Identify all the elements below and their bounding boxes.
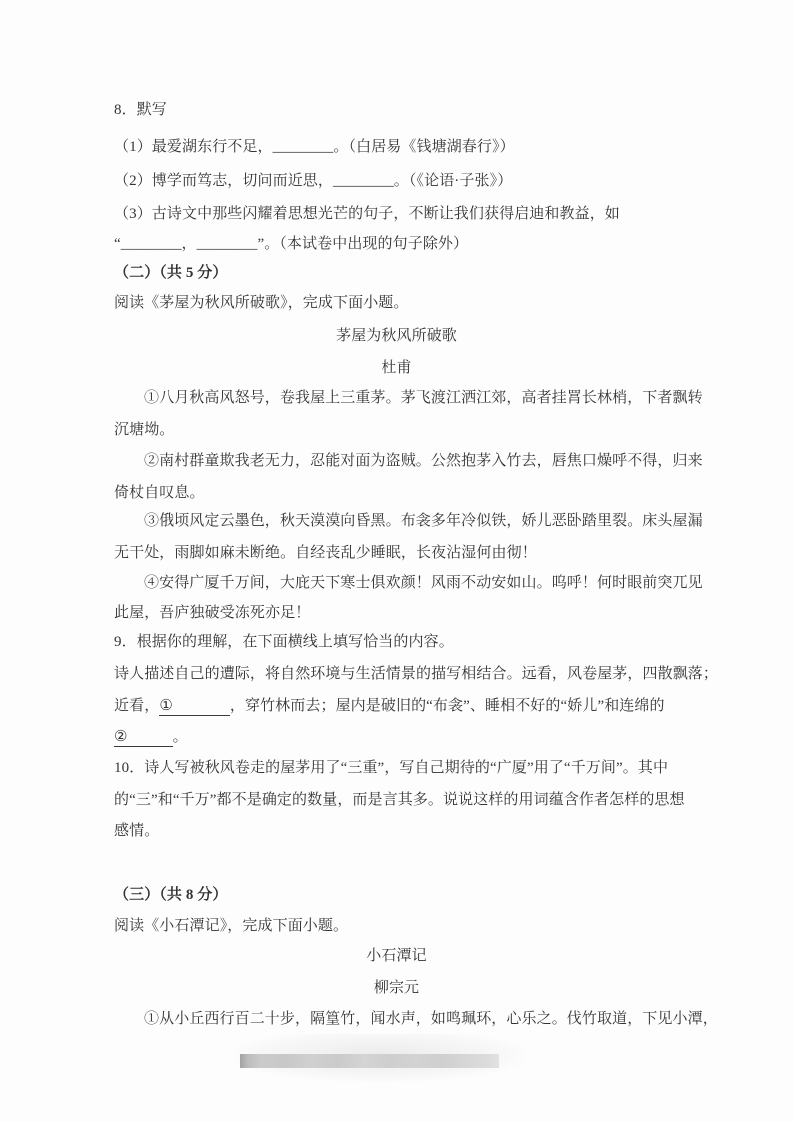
- poem-line: ①八月秋高风怒号，卷我屋上三重茅。茅飞渡江洒江郊，高者挂罥长林梢，下者飘转: [144, 389, 703, 408]
- poem-line: ③俄顷风定云墨色，秋天漠漠向昏黑。布衾多年冷似铁，娇儿恶卧踏里裂。床头屋漏: [144, 512, 703, 531]
- q10-line: 感情。: [114, 822, 159, 841]
- poem-title: 茅屋为秋风所破歌: [0, 327, 793, 346]
- exam-paper-page: 8．默写 （1）最爱湖东行不足，________。（白居易《钱塘湖春行》） （2…: [0, 0, 793, 1122]
- watermark-bar: [240, 1054, 499, 1068]
- q8-item-1: （1）最爱湖东行不足，________。（白居易《钱塘湖春行》）: [114, 138, 515, 157]
- q9-body-line-2: 近看，①，穿竹林而去；屋内是破旧的“布衾”、睡相不好的“娇儿”和连绵的: [114, 697, 665, 716]
- q9-heading: 9．根据你的理解，在下面横线上填写恰当的内容。: [114, 633, 454, 652]
- essay-title: 小石潭记: [0, 947, 793, 966]
- section-three-heading: （三）（共 8 分）: [114, 886, 228, 905]
- poem-line: 无干处，雨脚如麻未断绝。自经丧乱少睡眠，长夜沾湿何由彻！: [114, 544, 537, 563]
- essay-line: ①从小丘西行百二十步，隔篁竹，闻水声，如鸣珮环，心乐之。伐竹取道，下见小潭，: [144, 1010, 718, 1029]
- poem-line: 沉塘坳。: [114, 421, 174, 440]
- q8-item-3: （3）古诗文中那些闪耀着思想光芒的句子，不断让我们获得启迪和教益，如: [114, 205, 620, 224]
- q9-body-line-3: ②。: [114, 728, 188, 747]
- poem-line: ④安得广厦千万间，大庇天下寒士俱欢颜！风雨不动安如山。呜呼！何时眼前突兀见: [144, 574, 703, 593]
- q9-fill-blank-2: ②: [114, 730, 173, 747]
- q9-line2-text-after: ，穿竹林而去；屋内是破旧的“布衾”、睡相不好的“娇儿”和连绵的: [230, 698, 665, 714]
- q10-line: 的“三”和“千万”都不是确定的数量，而是言其多。说说这样的用词蕴含作者怎样的思想: [114, 791, 685, 810]
- q9-body-line-1: 诗人描述自己的遭际，将自然环境与生活情景的描写相结合。远看，风卷屋茅，四散飘落；: [114, 665, 718, 684]
- q8-heading: 8．默写: [114, 101, 167, 120]
- poem-line: ②南村群童欺我老无力，忍能对面为盗贼。公然抱茅入竹去，唇焦口燥呼不得，归来: [144, 452, 703, 471]
- section-three-reading-intro: 阅读《小石潭记》，完成下面小题。: [114, 917, 348, 936]
- poem-line: 此屋，吾庐独破受冻死亦足！: [114, 604, 310, 623]
- poem-line: 倚杖自叹息。: [114, 484, 205, 503]
- essay-author: 柳宗元: [0, 979, 793, 998]
- section-two-heading: （二）（共 5 分）: [114, 264, 228, 283]
- q8-item-2: （2）博学而笃志，切问而近思，________。（《论语·子张》）: [114, 172, 512, 191]
- q9-line2-text: 近看，: [114, 698, 159, 714]
- section-two-reading-intro: 阅读《茅屋为秋风所破歌》，完成下面小题。: [114, 294, 409, 313]
- poem-author: 杜甫: [0, 359, 793, 378]
- q9-line3-text-after: 。: [173, 729, 188, 745]
- q8-item-3-blanks: “________，________”。（本试卷中出现的句子除外）: [114, 235, 468, 254]
- q9-fill-blank-1: ①: [159, 699, 230, 716]
- q10-line: 10．诗人写被秋风卷走的屋茅用了“三重”，写自己期待的“广厦”用了“千万间”。其…: [114, 759, 668, 778]
